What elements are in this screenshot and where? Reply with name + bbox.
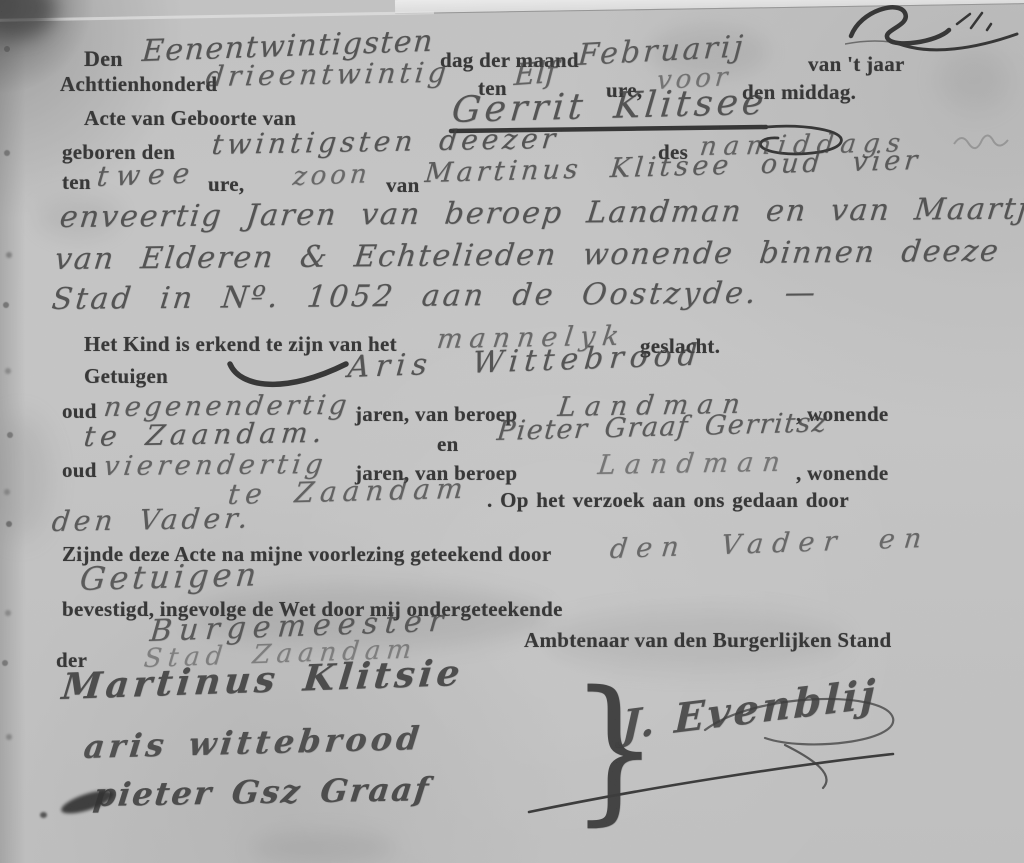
printed-text-den: Den bbox=[84, 46, 123, 72]
handwritten-father-occupation-mother: enveertig Jaren van beroep Landman en va… bbox=[58, 191, 1024, 235]
printed-text-getuigen: Getuigen bbox=[84, 364, 168, 389]
edge-specks bbox=[4, 46, 10, 52]
printed-text-van-t-jaar: van 't jaar bbox=[808, 52, 905, 77]
handwritten-mother-surname-residence: van Elderen & Echtelieden wonende binnen… bbox=[53, 234, 1002, 277]
handwritten-witness2-occupation: Landman bbox=[596, 447, 791, 481]
archival-paraph-mark bbox=[845, 0, 1023, 58]
printed-text-oud-2: oud bbox=[62, 458, 97, 483]
ink-dot bbox=[40, 812, 47, 818]
printed-text-van: van bbox=[386, 173, 420, 198]
scan-edge-strip-left bbox=[0, 11, 434, 22]
printed-text-achttienhonderd: Achttienhonderd bbox=[60, 72, 217, 97]
birth-certificate-scan: Den Eenentwintigsten dag der maand Febru… bbox=[0, 0, 1024, 863]
handwritten-house-number-street: Stad in Nº. 1052 aan de Oostzyde. — bbox=[50, 275, 820, 317]
printed-text-jaren-beroep-1: jaren, van beroep bbox=[355, 402, 517, 427]
printed-text-en: en bbox=[437, 432, 459, 457]
handwritten-witness1-name: Aris Wittebrood bbox=[346, 338, 704, 386]
handwritten-signed-by-getuigen: Getuigen bbox=[78, 555, 262, 598]
scan-edge-strip bbox=[395, 0, 1024, 14]
handwritten-witness1-place: te Zaandam. bbox=[82, 416, 328, 453]
handwritten-signed-by: den Vader en bbox=[608, 523, 932, 565]
signature-father: Martinus Klitsie bbox=[60, 652, 466, 708]
stain bbox=[938, 48, 1010, 110]
printed-text-dag-der-maand: dag der maand bbox=[440, 48, 579, 73]
pencil-scribble bbox=[952, 126, 1014, 152]
printed-text-ambtenaar: Ambtenaar van den Burgerlijken Stand bbox=[524, 628, 891, 653]
printed-text-verzoek: . Op het verzoek aan ons gedaan door bbox=[487, 488, 849, 513]
handwritten-witness2-name: Pieter Graaf Gerritsz bbox=[496, 407, 830, 447]
corner-smudge bbox=[0, 0, 55, 38]
printed-text-wonende-2: , wonende bbox=[796, 461, 889, 486]
stain bbox=[0, 415, 50, 540]
handwritten-year: drieentwintig bbox=[204, 56, 451, 93]
signature-official: J. Evenblij bbox=[621, 670, 879, 749]
signature-witness1: aris wittebrood bbox=[82, 719, 425, 766]
handwritten-birth-hour: twee bbox=[95, 156, 199, 193]
handwritten-witness2-place: te Zaandam bbox=[226, 472, 470, 511]
printed-text-ten-2: ten bbox=[62, 170, 91, 195]
signature-brace: } bbox=[570, 658, 659, 841]
handwritten-zoon: zoon bbox=[291, 159, 372, 192]
stain bbox=[250, 832, 395, 863]
signature-witness2: pieter Gsz Graaf bbox=[92, 770, 433, 814]
handwritten-verzoek-door: den Vader. bbox=[50, 501, 253, 538]
printed-text-ure-2: ure, bbox=[208, 172, 244, 197]
